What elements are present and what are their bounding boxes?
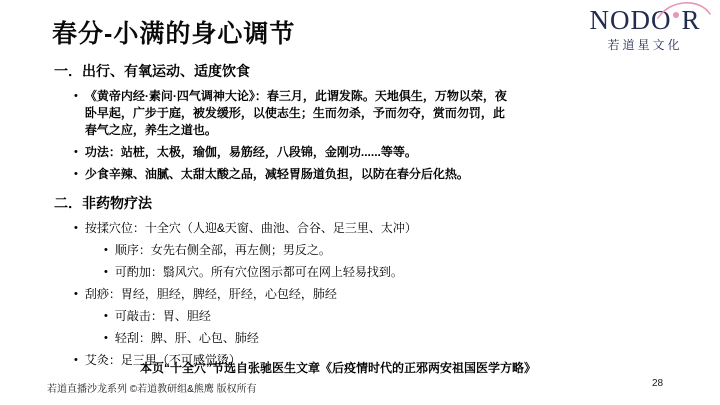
bullet-text: 轻刮：脾、肝、心包、肺经 [115,330,259,347]
bullet-icon: • [74,144,78,161]
logo-wordmark: NODO R [584,5,706,35]
bullet-item: • 顺序：女先右侧全部，再左侧；男反之。 [54,242,516,259]
bullet-list: • 按揉穴位：十全穴（人迎&天窗、曲池、合谷、足三里、太冲） • 顺序：女先右侧… [54,220,554,369]
bullet-item: • 少食辛辣、油腻、太甜太酸之品，减轻胃肠道负担，以防在春分后化热。 [54,166,516,183]
bullet-icon: • [74,286,78,303]
bullet-item: • 按揉穴位：十全穴（人迎&天窗、曲池、合谷、足三里、太冲） [54,220,516,237]
bullet-item: • 可酌加：翳风穴。所有穴位图示都可在网上轻易找到。 [54,264,516,281]
section-heading-1: 一．出行、有氧运动、适度饮食 [54,62,554,80]
bullet-icon: • [74,220,78,237]
logo-text-nodo: NODO [589,5,671,35]
content-section: 二．非药物疗法 • 按揉穴位：十全穴（人迎&天窗、曲池、合谷、足三里、太冲） •… [54,194,554,369]
bullet-icon: • [74,166,78,183]
bullet-icon: • [74,88,78,105]
logo-dot-icon [673,12,679,18]
content-section: 一．出行、有氧运动、适度饮食 • 《黄帝内经·素问·四气调神大论》：春三月，此谓… [54,62,554,183]
section-heading-2: 二．非药物疗法 [54,194,554,212]
nodoor-logo: NODO R 若道星文化 [584,5,706,53]
bullet-text: 可敲击：胃、胆经 [115,308,211,325]
bullet-list: • 《黄帝内经·素问·四气调神大论》：春三月，此谓发陈。天地俱生，万物以荣，夜卧… [54,88,554,183]
bullet-text: 顺序：女先右侧全部，再左侧；男反之。 [115,242,331,259]
bullet-item: • 刮痧：胃经，胆经，脾经，肝经，心包经，肺经 [54,286,516,303]
bullet-item: • 可敲击：胃、胆经 [54,308,516,325]
bullet-icon: • [104,308,108,325]
logo-tagline: 若道星文化 [584,36,706,53]
slide-body: 一．出行、有氧运动、适度饮食 • 《黄帝内经·素问·四气调神大论》：春三月，此谓… [54,62,554,374]
bullet-item: • 功法：站桩，太极，瑜伽，易筋经，八段锦，金刚功......等等。 [54,144,516,161]
bullet-icon: • [104,242,108,259]
bullet-item: • 《黄帝内经·素问·四气调神大论》：春三月，此谓发陈。天地俱生，万物以荣，夜卧… [54,88,516,139]
page-number: 28 [652,378,663,389]
bullet-text: 可酌加：翳风穴。所有穴位图示都可在网上轻易找到。 [115,264,403,281]
bullet-text: 刮痧：胃经，胆经，脾经，肝经，心包经，肺经 [85,286,337,303]
bullet-item: • 轻刮：脾、肝、心包、肺经 [54,330,516,347]
bullet-text: 少食辛辣、油腻、太甜太酸之品，减轻胃肠道负担，以防在春分后化热。 [85,166,469,183]
bullet-icon: • [104,330,108,347]
bullet-icon: • [104,264,108,281]
bullet-text: 功法：站桩，太极，瑜伽，易筋经，八段锦，金刚功......等等。 [85,144,417,161]
bullet-text: 按揉穴位：十全穴（人迎&天窗、曲池、合谷、足三里、太冲） [85,220,417,237]
bullet-icon: • [74,352,78,369]
source-note: 本页“十全穴”节选自张驰医生文章《后疫情时代的正邪两安祖国医学方略》 [140,359,536,376]
bullet-text: 《黄帝内经·素问·四气调神大论》：春三月，此谓发陈。天地俱生，万物以荣，夜卧早起… [85,88,513,139]
slide-title: 春分-小满的身心调节 [52,14,295,50]
copyright-text: 若道直播沙龙系列 ©若道教研组&熊鹰 版权所有 [47,380,257,395]
logo-text-r: R [681,5,700,35]
presentation-slide: 春分-小满的身心调节 NODO R 若道星文化 一．出行、有氧运动、适度饮食 •… [0,0,720,405]
